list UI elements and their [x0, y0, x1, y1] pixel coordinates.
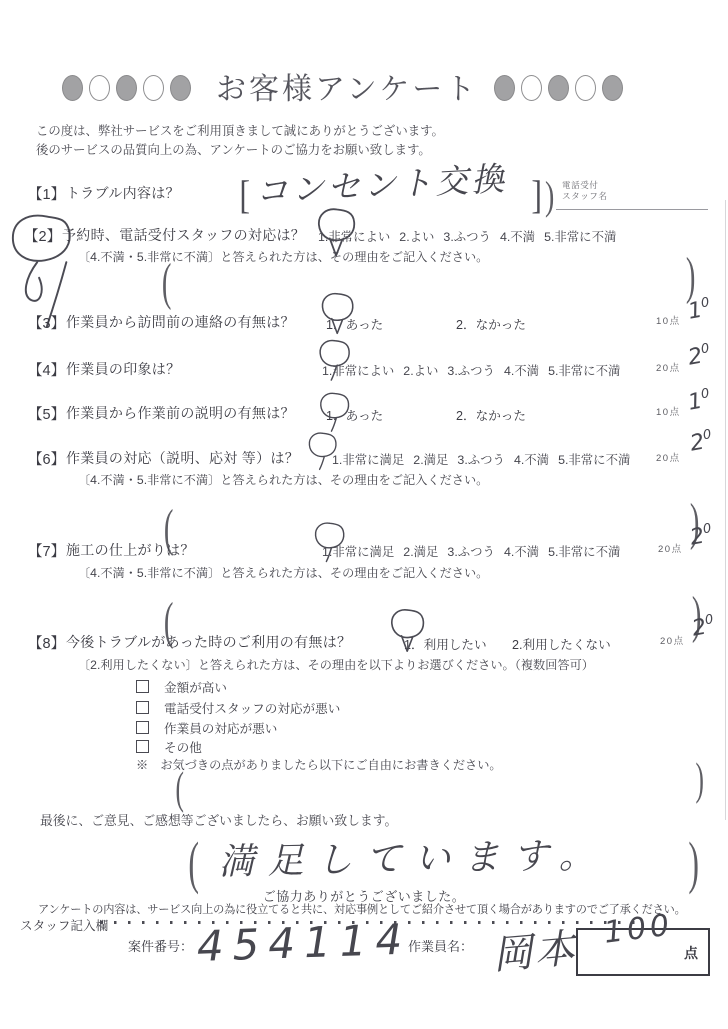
staff-name-underline — [556, 209, 708, 210]
q2-note: 〔4.不満・5.非常に不満〕と答えられた方は、その理由をご記入ください。 — [78, 248, 488, 265]
q5-points-label: 10点 — [656, 404, 681, 418]
q4-handwritten-score: 20 — [686, 341, 712, 370]
scan-edge-line — [725, 200, 726, 820]
q8-writein-close-paren: ) — [695, 756, 703, 802]
q4-options: 1.非常によい 2.よい 3.ふつう 4.不満 5.非常に不満 — [322, 361, 620, 379]
q4-option-4: 4.不満 — [504, 361, 539, 379]
disclaimer-line: アンケートの内容は、サービス向上の為に役立てると共に、対応事例としてご紹介させて… — [38, 901, 686, 917]
q8-checkbox-label-2: 電話受付スタッフの対応が悪い — [164, 698, 340, 717]
q5-option-2: 2．なかった — [456, 405, 526, 424]
q7-text: 施工の仕上がりは？ — [66, 540, 195, 560]
final-comment-open-paren: ( — [188, 834, 199, 892]
q8-handwritten-score: 20 — [690, 612, 716, 641]
staff-box: 電話受付 スタッフ名 — [562, 180, 607, 202]
q7-option-4: 4.不満 — [504, 542, 539, 560]
q8-checkbox-label-1: 金額が高い — [164, 677, 227, 696]
q4-option-1: 1.非常によい — [322, 361, 394, 379]
q7-option-1: 1.非常に満足 — [322, 542, 394, 560]
q8-checkbox-label-3: 作業員の対応が悪い — [164, 718, 277, 737]
decorative-circle-icon — [494, 75, 515, 101]
decorative-circle-icon — [521, 75, 542, 101]
handwritten-worker-name: 岡本 — [490, 917, 579, 981]
q1-handwritten-answer: コンセント交換 — [254, 153, 508, 213]
q6-text: 作業員の対応（説明、応対 等）は？ — [66, 448, 299, 468]
q6-number: 【6】 — [28, 448, 65, 469]
final-comment-prompt: 最後に、ご意見、ご感想等ございましたら、お願い致します。 — [40, 810, 397, 829]
page-title: お客様アンケート — [216, 64, 478, 108]
q1-answer-close-bracket: ] — [531, 175, 542, 215]
worker-name-label: 作業員名： — [408, 936, 473, 955]
handwritten-case-number: 454114 — [196, 915, 412, 971]
q7-number: 【7】 — [28, 540, 65, 561]
q8-text: 今後トラブルがあった時のご利用の有無は？ — [66, 632, 351, 652]
q2-text: 予約時、電話受付スタッフの対応は？ — [62, 225, 305, 245]
q7-option-2: 2.満足 — [403, 542, 438, 560]
q2-options: 1.非常によい 2.よい 3.ふつう 4.不満 5.非常に不満 — [318, 227, 616, 245]
q4-option-2: 2.よい — [403, 361, 438, 379]
q3-points-label: 10点 — [656, 313, 681, 327]
header-decoration-left — [62, 75, 191, 101]
q6-points-label: 20点 — [656, 450, 681, 464]
q2-writein-close-paren: ) — [686, 251, 696, 303]
q7-handwritten-score: 20 — [688, 521, 714, 550]
decorative-circle-icon — [170, 75, 191, 101]
decorative-circle-icon — [62, 75, 83, 101]
checkbox-square-icon — [136, 701, 149, 714]
q7-option-5: 5.非常に不満 — [548, 542, 620, 560]
q8-number: 【8】 — [28, 632, 65, 653]
q2-option-3: 3.ふつう — [443, 227, 491, 245]
q3-text: 作業員から訪問前の連絡の有無は？ — [66, 312, 295, 332]
q8-checkbox-label-4: その他 — [164, 737, 202, 756]
q4-option-3: 3.ふつう — [447, 361, 495, 379]
q1-text: トラブル内容は？ — [66, 183, 180, 203]
q6-options: 1.非常に満足 2.満足 3.ふつう 4.不満 5.非常に不満 — [332, 450, 630, 468]
q8-checkbox-row-3: 作業員の対応が悪い — [136, 718, 277, 737]
q6-option-2: 2.満足 — [413, 450, 448, 468]
q8-points-label: 20点 — [660, 633, 685, 647]
q6-option-1: 1.非常に満足 — [332, 450, 404, 468]
q7-points-label: 20点 — [658, 541, 683, 555]
intro-line-1: この度は、弊社サービスをご利用頂きまして誠にありがとうございます。 — [36, 122, 444, 141]
q5-handwritten-score: 10 — [686, 386, 712, 415]
q7-note: 〔4.不満・5.非常に不満〕と答えられた方は、その理由をご記入ください。 — [78, 564, 488, 581]
staff-box-bracket: ) — [545, 176, 554, 216]
q2-option-1: 1.非常によい — [318, 227, 390, 245]
decorative-circle-icon — [602, 75, 623, 101]
q6-note: 〔4.不満・5.非常に不満〕と答えられた方は、その理由をご記入ください。 — [78, 471, 488, 488]
q1-number: 【1】 — [28, 183, 65, 204]
q3-number: 【3】 — [28, 312, 65, 333]
staff-entry-label: スタッフ記入欄 — [20, 915, 108, 934]
decorative-circle-icon — [548, 75, 569, 101]
q5-number: 【5】 — [28, 403, 65, 424]
q8-note: 〔2.利用したくない〕と答えられた方は、その理由を以下よりお選びください。（複数… — [78, 656, 594, 673]
intro-line-2: 後のサービスの品質向上の為、アンケートのご協力をお願い致します。 — [36, 141, 444, 160]
decorative-circle-icon — [575, 75, 596, 101]
q8-option-2: 2.利用したくない — [512, 634, 611, 653]
q2-option-4: 4.不満 — [500, 227, 535, 245]
q8-checkbox-row-4: その他 — [136, 737, 202, 756]
checkbox-square-icon — [136, 721, 149, 734]
q1-answer-open-bracket: [ — [239, 175, 250, 215]
q6-option-5: 5.非常に不満 — [558, 450, 630, 468]
q4-points-label: 20点 — [656, 360, 681, 374]
q5-text: 作業員から作業前の説明の有無は？ — [66, 403, 295, 423]
q6-option-4: 4.不満 — [514, 450, 549, 468]
q8-checkbox-row-2: 電話受付スタッフの対応が悪い — [136, 698, 340, 717]
q2-number: 【2】 — [24, 225, 61, 246]
decorative-circle-icon — [143, 75, 164, 101]
final-comment-close-paren: ) — [688, 834, 699, 892]
q3-option-2: 2．なかった — [456, 314, 526, 333]
checkbox-square-icon — [136, 680, 149, 693]
q5-option-1: 1．あった — [326, 405, 383, 424]
q8-free-note: ※ お気づきの点がありましたら以下にご自由にお書きください。 — [136, 756, 502, 773]
q6-handwritten-score: 20 — [688, 427, 714, 456]
q8-option-1: 1．利用したい — [404, 634, 487, 653]
q2-option-2: 2.よい — [399, 227, 434, 245]
header-decoration-right — [494, 75, 623, 101]
q8-checkbox-row-1: 金額が高い — [136, 677, 227, 696]
decorative-circle-icon — [89, 75, 110, 101]
checkbox-square-icon — [136, 740, 149, 753]
score-unit-label: 点 — [684, 943, 698, 963]
q3-option-1: 1．あった — [326, 314, 383, 333]
q3-handwritten-score: 10 — [686, 295, 712, 324]
q7-option-3: 3.ふつう — [447, 542, 495, 560]
decorative-circle-icon — [116, 75, 137, 101]
q4-number: 【4】 — [28, 359, 65, 380]
q7-options: 1.非常に満足 2.満足 3.ふつう 4.不満 5.非常に不満 — [322, 542, 620, 560]
q2-option-5: 5.非常に不満 — [544, 227, 616, 245]
staff-box-line2: スタッフ名 — [562, 191, 607, 202]
intro-text: この度は、弊社サービスをご利用頂きまして誠にありがとうございます。 後のサービス… — [36, 122, 444, 160]
final-handwritten-comment: 満足しています。 — [218, 827, 608, 885]
q4-text: 作業員の印象は？ — [66, 359, 180, 379]
q4-option-5: 5.非常に不満 — [548, 361, 620, 379]
case-number-label: 案件番号： — [128, 936, 193, 955]
q6-option-3: 3.ふつう — [457, 450, 505, 468]
staff-box-line1: 電話受付 — [562, 180, 607, 191]
scanned-survey-page: お客様アンケート この度は、弊社サービスをご利用頂きまして誠にありがとうございま… — [0, 0, 728, 1029]
